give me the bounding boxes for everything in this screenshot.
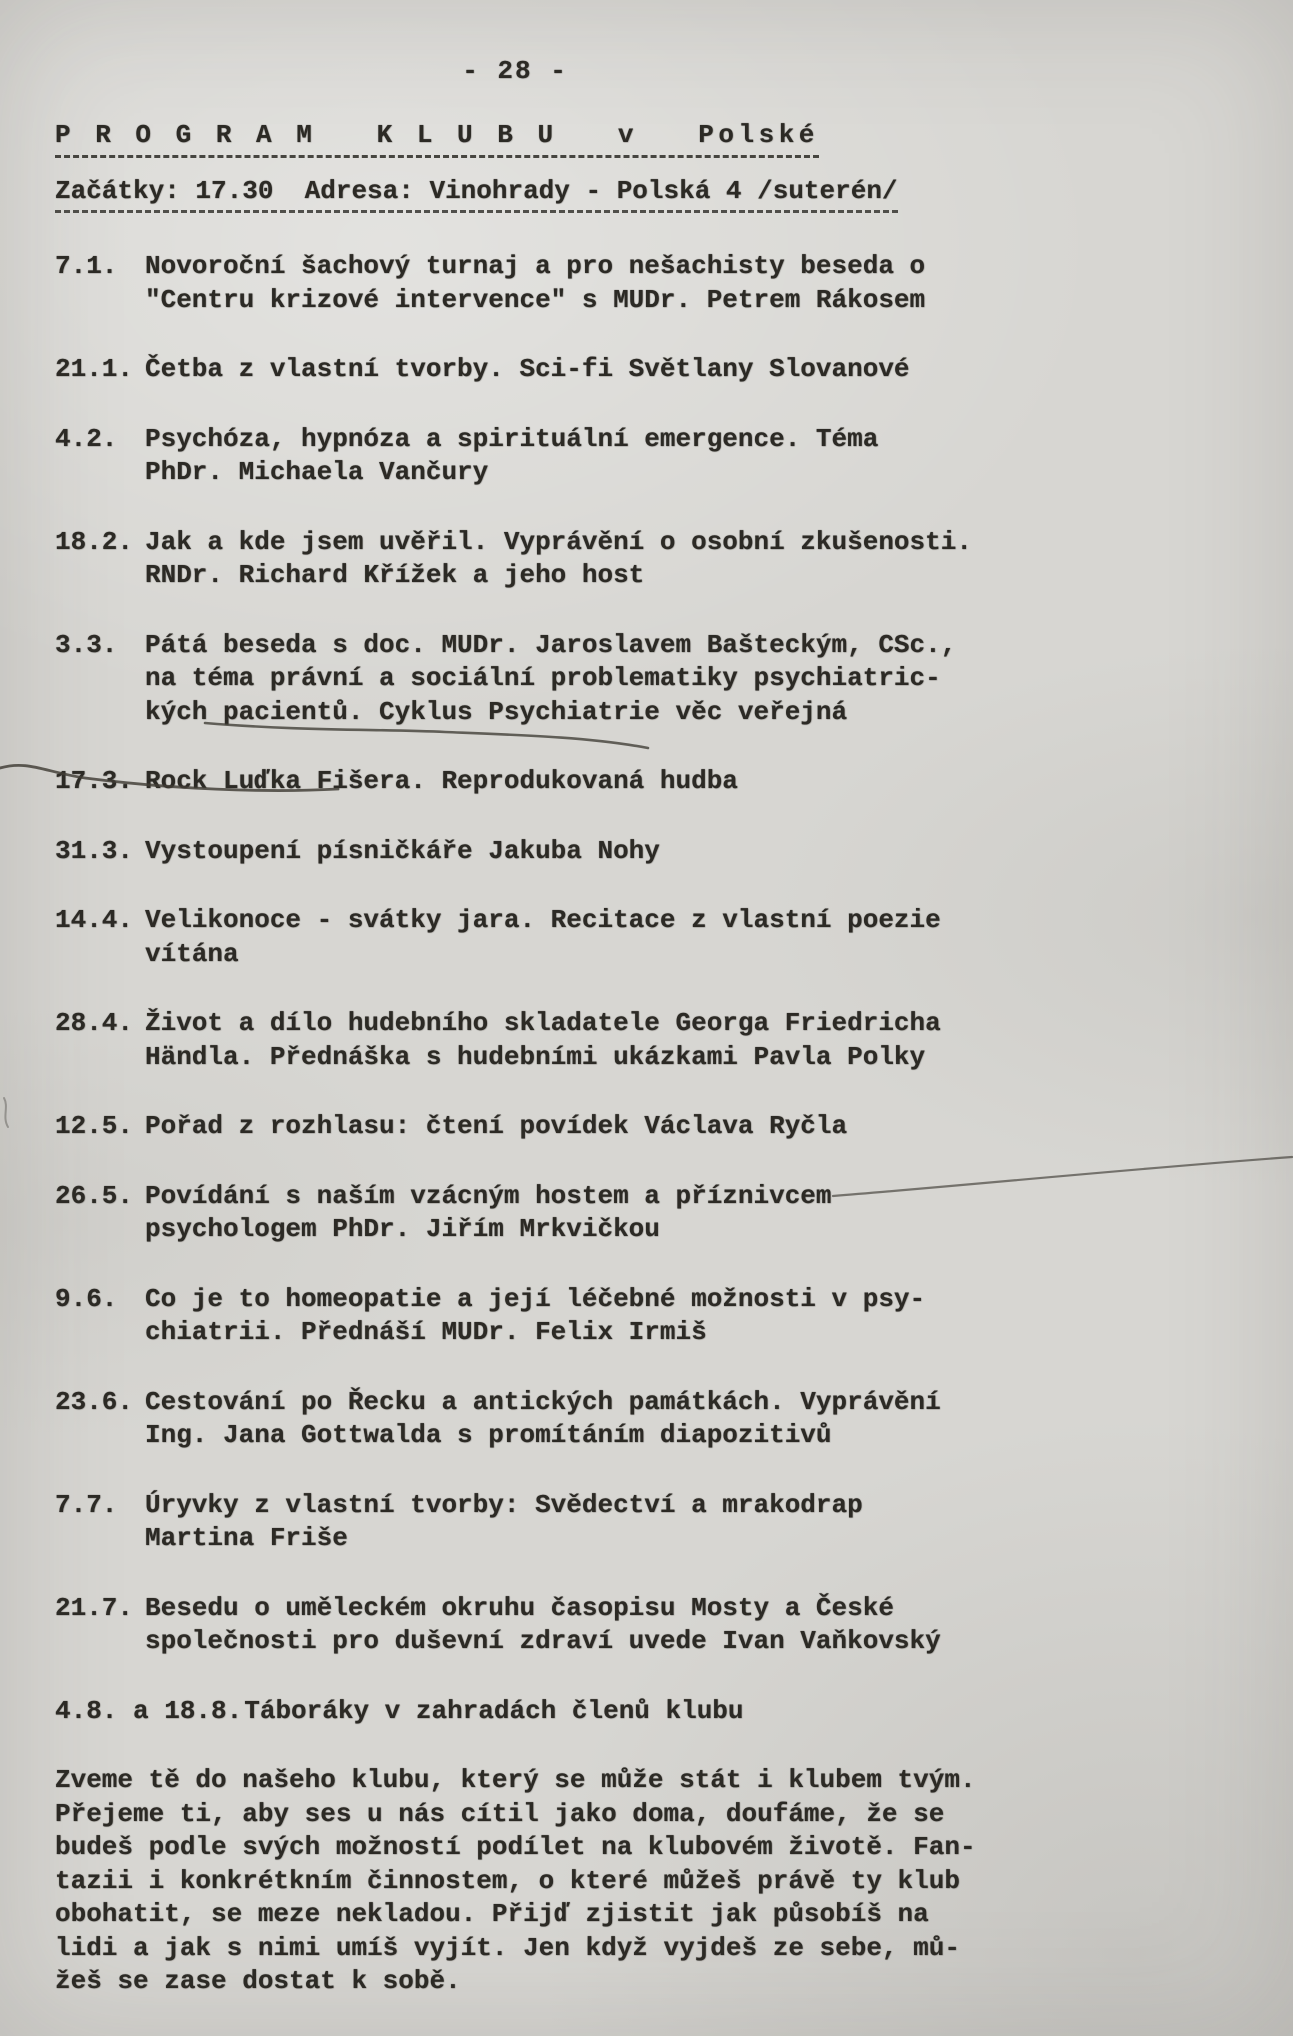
entry-text-line: Co je to homeopatie a její léčebné možno… [145, 1283, 1250, 1317]
entry-body: Besedu o uměleckém okruhu časopisu Mosty… [145, 1592, 1250, 1659]
program-list: 7.1. Novoroční šachový turnaj a pro neša… [55, 250, 1250, 1728]
entry-body: Vystoupení písničkáře Jakuba Nohy [145, 835, 1250, 869]
program-entry: 4.2. Psychóza, hypnóza a spirituální eme… [55, 423, 1250, 490]
program-entry: 21.7. Besedu o uměleckém okruhu časopisu… [55, 1592, 1250, 1659]
closing-text-line: budeš podle svých možností podílet na kl… [55, 1831, 1250, 1865]
entry-text-line: Psychóza, hypnóza a spirituální emergenc… [145, 423, 1250, 457]
entry-body: Velikonoce - svátky jara. Recitace z vla… [145, 904, 1250, 971]
entry-text-line: Pátá beseda s doc. MUDr. Jaroslavem Bašt… [145, 629, 1250, 663]
program-entry: 7.7. Úryvky z vlastní tvorby: Svědectví … [55, 1489, 1250, 1556]
entry-date: 4.8. a 18.8. [55, 1695, 242, 1729]
closing-text-line: obohatit, se meze nekladou. Přijď zjisti… [55, 1898, 1250, 1932]
entry-text-line: Četba z vlastní tvorby. Sci-fi Světlany … [145, 353, 1250, 387]
entry-body: Četba z vlastní tvorby. Sci-fi Světlany … [145, 353, 1250, 387]
closing-text-line: lidi a jak s nimi umíš vyjít. Jen když v… [55, 1932, 1250, 1966]
program-entry: 26.5. Povídání s naším vzácným hostem a … [55, 1180, 1250, 1247]
program-entry: 18.2. Jak a kde jsem uvěřil. Vyprávění o… [55, 526, 1250, 593]
entry-date: 4.2. [55, 423, 143, 490]
entry-date: 7.7. [55, 1489, 143, 1556]
program-entry: 4.8. a 18.8. Táboráky v zahradách členů … [55, 1695, 1250, 1729]
document-subtitle: Začátky: 17.30 Adresa: Vinohrady - Polsk… [55, 176, 898, 213]
entry-text-line: společnosti pro duševní zdraví uvede Iva… [145, 1625, 1250, 1659]
entry-date: 17.3. [55, 765, 143, 799]
entry-text-line: Ing. Jana Gottwalda s promítáním diapozi… [145, 1419, 1250, 1453]
entry-text-line: Martina Friše [145, 1522, 1250, 1556]
entry-date: 21.1. [55, 353, 143, 387]
page-number: - 28 - [0, 56, 1030, 86]
document-page: - 28 - P R O G R A M K L U B U v Polské … [0, 0, 1293, 2036]
program-entry: 12.5. Pořad z rozhlasu: čtení povídek Vá… [55, 1110, 1250, 1144]
margin-squiggle-mark [4, 1098, 8, 1127]
entry-text-line: Novoroční šachový turnaj a pro nešachist… [145, 250, 1250, 284]
entry-text-line: na téma právní a sociální problematiky p… [145, 662, 1250, 696]
entry-date: 31.3. [55, 835, 143, 869]
entry-date: 18.2. [55, 526, 143, 593]
entry-body: Co je to homeopatie a její léčebné možno… [145, 1283, 1250, 1350]
entry-date: 3.3. [55, 629, 143, 730]
entry-text-line: Táboráky v zahradách členů klubu [244, 1695, 1250, 1729]
entry-text-line: Povídání s naším vzácným hostem a přízni… [145, 1180, 1250, 1214]
closing-text-line: Přejeme ti, aby ses u nás cítil jako dom… [55, 1798, 1250, 1832]
entry-text-line: Vystoupení písničkáře Jakuba Nohy [145, 835, 1250, 869]
entry-body: Pátá beseda s doc. MUDr. Jaroslavem Bašt… [145, 629, 1250, 730]
entry-date: 14.4. [55, 904, 143, 971]
entry-text-line: Cestování po Řecku a antických památkách… [145, 1386, 1250, 1420]
entry-body: Cestování po Řecku a antických památkách… [145, 1386, 1250, 1453]
program-entry: 9.6. Co je to homeopatie a její léčebné … [55, 1283, 1250, 1350]
entry-body: Novoroční šachový turnaj a pro nešachist… [145, 250, 1250, 317]
program-entry: 17.3. Rock Luďka Fišera. Reprodukovaná h… [55, 765, 1250, 799]
entry-text-line: RNDr. Richard Křížek a jeho host [145, 559, 1250, 593]
closing-text-line: Zveme tě do našeho klubu, který se může … [55, 1764, 1250, 1798]
entry-text-line: "Centru krizové intervence" s MUDr. Petr… [145, 284, 1250, 318]
entry-text-line: Úryvky z vlastní tvorby: Svědectví a mra… [145, 1489, 1250, 1523]
entry-date: 28.4. [55, 1007, 143, 1074]
program-entry: 31.3. Vystoupení písničkáře Jakuba Nohy [55, 835, 1250, 869]
closing-paragraph: Zveme tě do našeho klubu, který se může … [55, 1764, 1250, 1999]
entry-date: 23.6. [55, 1386, 143, 1453]
entry-date: 21.7. [55, 1592, 143, 1659]
entry-body: Úryvky z vlastní tvorby: Svědectví a mra… [145, 1489, 1250, 1556]
entry-date: 26.5. [55, 1180, 143, 1247]
program-content: 7.1. Novoroční šachový turnaj a pro neša… [55, 250, 1250, 1999]
entry-date: 12.5. [55, 1110, 143, 1144]
program-entry: 3.3. Pátá beseda s doc. MUDr. Jaroslavem… [55, 629, 1250, 730]
document-title: P R O G R A M K L U B U v Polské [55, 120, 819, 158]
entry-text-line: Rock Luďka Fišera. Reprodukovaná hudba [145, 765, 1250, 799]
entry-date: 7.1. [55, 250, 143, 317]
program-entry: 23.6. Cestování po Řecku a antických pam… [55, 1386, 1250, 1453]
entry-body: Rock Luďka Fišera. Reprodukovaná hudba [145, 765, 1250, 799]
entry-text-line: kých pacientů. Cyklus Psychiatrie věc ve… [145, 696, 1250, 730]
entry-text-line: Händla. Přednáška s hudebními ukázkami P… [145, 1041, 1250, 1075]
entry-body: Pořad z rozhlasu: čtení povídek Václava … [145, 1110, 1250, 1144]
entry-text-line: chiatrii. Přednáší MUDr. Felix Irmiš [145, 1316, 1250, 1350]
closing-text-line: žeš se zase dostat k sobě. [55, 1965, 1250, 1999]
entry-text-line: Besedu o uměleckém okruhu časopisu Mosty… [145, 1592, 1250, 1626]
entry-body: Povídání s naším vzácným hostem a přízni… [145, 1180, 1250, 1247]
entry-body: Táboráky v zahradách členů klubu [244, 1695, 1250, 1729]
entry-body: Život a dílo hudebního skladatele Georga… [145, 1007, 1250, 1074]
entry-text-line: Život a dílo hudebního skladatele Georga… [145, 1007, 1250, 1041]
entry-text-line: psychologem PhDr. Jiřím Mrkvičkou [145, 1213, 1250, 1247]
closing-text-line: tazii i konkrétkním činnostem, o které m… [55, 1865, 1250, 1899]
entry-text-line: Jak a kde jsem uvěřil. Vyprávění o osobn… [145, 526, 1250, 560]
program-entry: 7.1. Novoroční šachový turnaj a pro neša… [55, 250, 1250, 317]
entry-text-line: Velikonoce - svátky jara. Recitace z vla… [145, 904, 1250, 938]
entry-text-line: Pořad z rozhlasu: čtení povídek Václava … [145, 1110, 1250, 1144]
entry-body: Psychóza, hypnóza a spirituální emergenc… [145, 423, 1250, 490]
program-entry: 28.4. Život a dílo hudebního skladatele … [55, 1007, 1250, 1074]
entry-date: 9.6. [55, 1283, 143, 1350]
program-entry: 14.4. Velikonoce - svátky jara. Recitace… [55, 904, 1250, 971]
entry-text-line: PhDr. Michaela Vančury [145, 456, 1250, 490]
program-entry: 21.1. Četba z vlastní tvorby. Sci-fi Svě… [55, 353, 1250, 387]
entry-text-line: vítána [145, 938, 1250, 972]
entry-body: Jak a kde jsem uvěřil. Vyprávění o osobn… [145, 526, 1250, 593]
